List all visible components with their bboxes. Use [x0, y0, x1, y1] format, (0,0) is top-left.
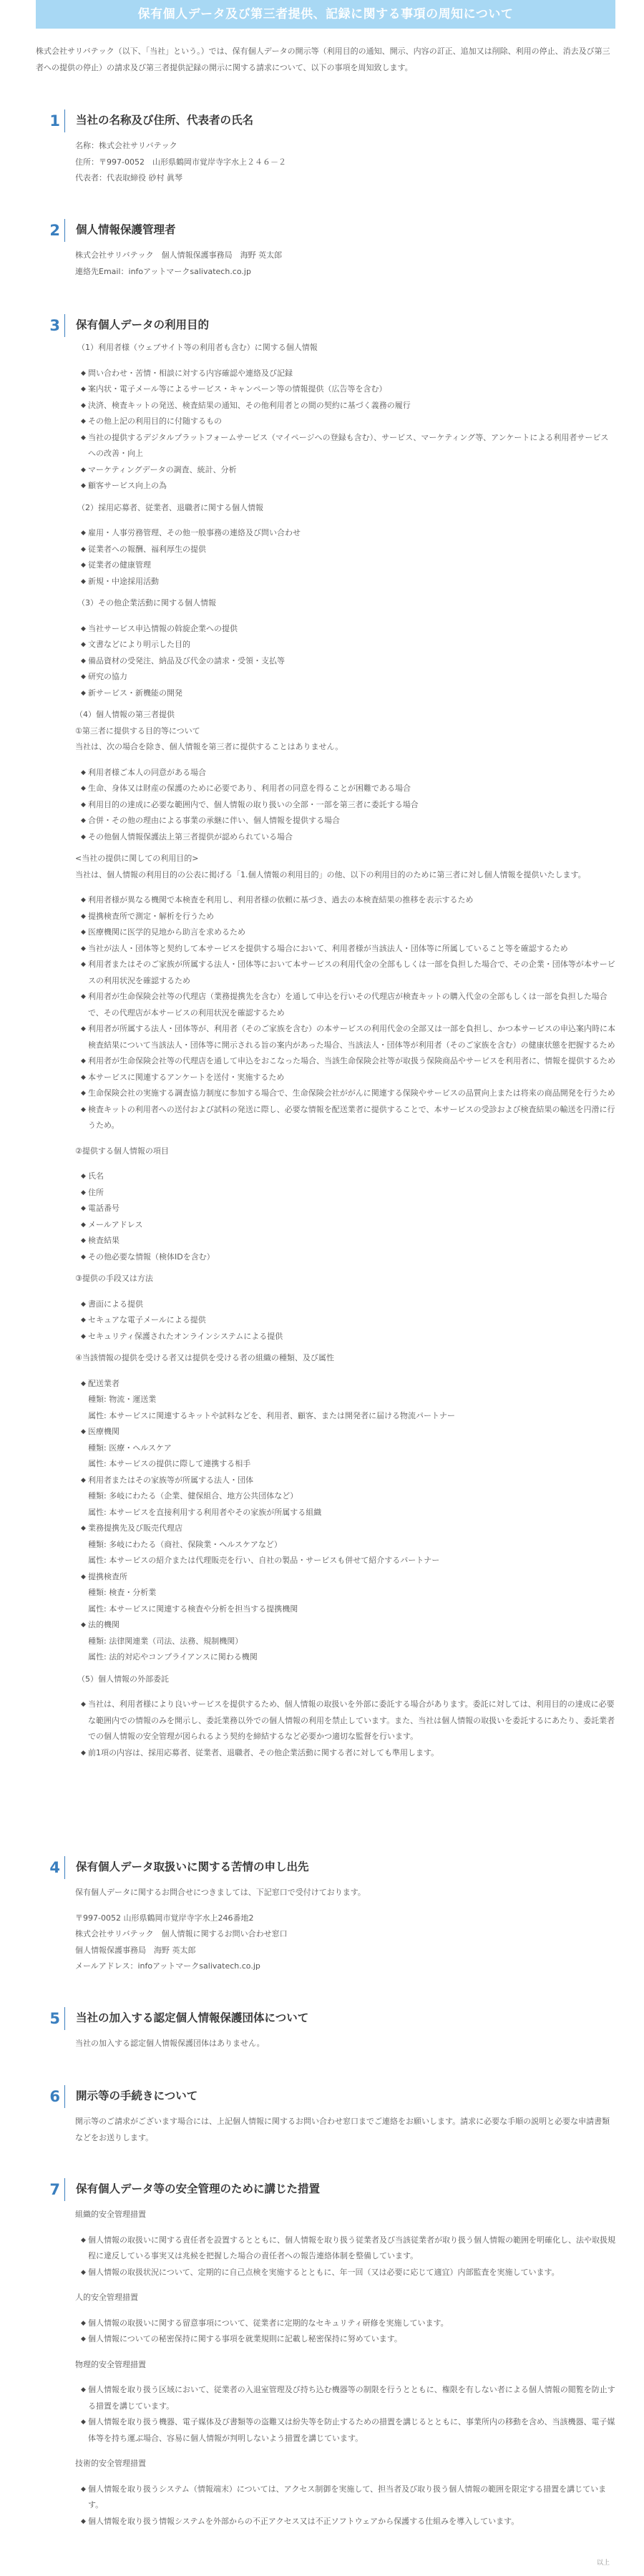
diamond-bullet-icon: ◆ — [81, 398, 86, 414]
section-divider — [64, 2007, 65, 2030]
diamond-bullet-icon: ◆ — [81, 829, 86, 846]
diamond-bullet-icon: ◆ — [81, 1297, 86, 1313]
diamond-bullet-icon: ◆ — [81, 574, 86, 590]
subsection-heading: （5）個人情報の外部委託 — [75, 1672, 615, 1688]
list-item: ◆電話番号 — [81, 1201, 615, 1217]
recipient-list: ◆配送業者 種類: 物流・運送業 属性: 本サービスに関連するキットや試料などを… — [75, 1376, 615, 1666]
company-address: 住所：〒997-0052 山形県鶴岡市覚岸寺字水上２４６－２ — [75, 155, 615, 171]
diamond-bullet-icon: ◆ — [81, 1217, 86, 1234]
diamond-bullet-icon: ◆ — [81, 366, 86, 382]
list-item: ◆雇用・人事労務管理、その他一般事務の連絡及び問い合わせ — [81, 525, 615, 542]
list-item: ◆研究の協力 — [81, 669, 615, 686]
diamond-bullet-icon: ◆ — [81, 414, 86, 430]
diamond-bullet-icon: ◆ — [81, 637, 86, 653]
section-title: 保有個人データの利用目的 — [76, 320, 209, 331]
list-item: ◆利用者またはそのご家族が所属する法人・団体等において本サービスの利用代金の全部… — [81, 957, 615, 989]
subsection-title: ②提供する個人情報の項目 — [75, 1143, 615, 1160]
diamond-bullet-icon: ◆ — [81, 1569, 86, 1586]
section-title: 保有個人データ取扱いに関する苦情の申し出先 — [76, 1862, 309, 1873]
diamond-bullet-icon: ◆ — [81, 1185, 86, 1201]
section-number: 5 — [39, 2011, 60, 2026]
recipient-name: ◆配送業者 — [81, 1376, 615, 1392]
diamond-bullet-icon: ◆ — [81, 765, 86, 781]
section-purpose-of-use: 3 保有個人データの利用目的 （1）利用者様（ウェブサイト等の利用者も含む）に関… — [36, 314, 615, 1761]
section-certified-org: 5 当社の加入する認定個人情報保護団体について 当社の加入する認定個人情報保護団… — [36, 2007, 615, 2052]
list-item: ◆セキュアな電子メールによる提供 — [81, 1312, 615, 1329]
contact-office: 個人情報保護事務局 海野 英太郎 — [75, 1943, 615, 1959]
measure-group-heading: 組織的安全管理措置 — [75, 2207, 615, 2223]
recipient-attribute: 属性: 本サービスに関連するキットや試料などを、利用者、顧客、または開発者に届け… — [81, 1408, 615, 1425]
section-title: 当社の名称及び住所、代表者の氏名 — [76, 115, 253, 127]
bullet-list: ◆利用者様ご本人の同意がある場合 ◆生命、身体又は財産の保護のために必要であり、… — [75, 765, 615, 846]
company-name: 名称：株式会社サリバテック — [75, 138, 615, 155]
subsection-title: <当社の提供に関しての利用目的> — [75, 851, 615, 867]
list-item: ◆新サービス・新機能の開発 — [81, 686, 615, 702]
bullet-list: ◆当社は、利用者様により良いサービスを提供するため、個人情報の取扱いを外部に委託… — [75, 1697, 615, 1761]
recipient-type: 種類: 検査・分析業 — [81, 1585, 615, 1601]
section-divider — [64, 2085, 65, 2108]
intro-paragraph: 株式会社サリバテック（以下、「当社」という。）では、保有個人データの開示等（利用… — [36, 43, 615, 76]
diamond-bullet-icon: ◆ — [81, 941, 86, 957]
section-divider — [64, 109, 65, 132]
section-title: 保有個人データ等の安全管理のために講じた措置 — [76, 2184, 320, 2195]
list-item: ◆個人情報についての秘密保持に関する事項を就業規則に記載し秘密保持に努めています… — [81, 2331, 615, 2348]
recipient-name: ◆利用者またはその家族等が所属する法人・団体 — [81, 1473, 615, 1489]
diamond-bullet-icon: ◆ — [81, 1102, 86, 1118]
section-title: 開示等の手続きについて — [76, 2091, 197, 2102]
diamond-bullet-icon: ◆ — [81, 1424, 86, 1440]
bullet-list: ◆当社サービス申込情報の斡旋企業への提供 ◆文書などにより明示した目的 ◆備品資… — [75, 621, 615, 702]
measure-group-heading: 技術的安全管理措置 — [75, 2456, 615, 2472]
diamond-bullet-icon: ◆ — [81, 797, 86, 814]
diamond-bullet-icon: ◆ — [81, 892, 86, 909]
list-item: ◆個人情報の取扱いに関する留意事項について、従業者に定期的なセキュリティ研修を実… — [81, 2316, 615, 2332]
section-heading: 3 保有個人データの利用目的 — [36, 314, 615, 337]
diamond-bullet-icon: ◆ — [81, 1021, 86, 1038]
recipient-attribute: 属性: 本サービスの提供に際して連携する相手 — [81, 1456, 615, 1473]
section-heading: 4 保有個人データ取扱いに関する苦情の申し出先 — [36, 1856, 615, 1879]
diamond-bullet-icon: ◆ — [81, 1053, 86, 1070]
contact-address: 〒997-0052 山形県鶴岡市覚岸寺字水上246番地2 — [75, 1911, 615, 1927]
section-number: 4 — [39, 1860, 60, 1875]
section-title: 個人情報保護管理者 — [76, 225, 176, 236]
list-item: ◆利用目的の達成に必要な範囲内で、個人情報の取り扱いの全部・一部を第三者に委託す… — [81, 797, 615, 814]
diamond-bullet-icon: ◆ — [81, 542, 86, 558]
recipient-name: ◆法的機関 — [81, 1617, 615, 1634]
list-item: ◆利用者様ご本人の同意がある場合 — [81, 765, 615, 781]
section-heading: 7 保有個人データ等の安全管理のために講じた措置 — [36, 2178, 615, 2201]
section-divider — [64, 2178, 65, 2201]
company-representative: 代表者：代表取締役 砂村 眞琴 — [75, 170, 615, 187]
list-item: ◆書面による提供 — [81, 1297, 615, 1313]
list-item: ◆当社サービス申込情報の斡旋企業への提供 — [81, 621, 615, 638]
list-item: ◆提携検査所で測定・解析を行うため — [81, 909, 615, 925]
bullet-list: ◆書面による提供 ◆セキュアな電子メールによる提供 ◆セキュリティ保護されたオン… — [75, 1297, 615, 1345]
diamond-bullet-icon: ◆ — [81, 2316, 86, 2332]
list-item: ◆個人情報の取扱状況について、定期的に自己点検を実施するとともに、年一回（又は必… — [81, 2265, 615, 2281]
list-item: ◆その他必要な情報（検体IDを含む） — [81, 1249, 615, 1266]
diamond-bullet-icon: ◆ — [81, 653, 86, 670]
section-complaints-contact: 4 保有個人データ取扱いに関する苦情の申し出先 保有個人データに関するお問合せに… — [36, 1856, 615, 1975]
bullet-list: ◆利用者様が異なる機関で本検査を利用し、利用者様の依頼に基づき、過去の本検査結果… — [75, 892, 615, 1134]
diamond-bullet-icon: ◆ — [81, 1169, 86, 1185]
list-item: ◆医療機関に医学的見地から助言を求めるため — [81, 924, 615, 941]
recipient-attribute: 属性: 本サービスに関連する検査や分析を担当する提携機関 — [81, 1601, 615, 1618]
contact-email: メールアドレス：infoアットマークsalivatech.co.jp — [75, 1958, 615, 1975]
list-item: ◆その他上記の利用目的に付随するもの — [81, 414, 615, 430]
diamond-bullet-icon: ◆ — [81, 1473, 86, 1489]
bullet-list: ◆個人情報を取り扱うシステム（情報端末）については、アクセス制御を実施して、担当… — [75, 2482, 615, 2530]
list-item: ◆合併・その他の理由による事業の承継に伴い、個人情報を提供する場合 — [81, 813, 615, 829]
bullet-list: ◆個人情報を取り扱う区域において、従業者の入退室管理及び持ち込む機器等の制限を行… — [75, 2382, 615, 2446]
section-privacy-manager: 2 個人情報保護管理者 株式会社サリバテック 個人情報保護事務局 海野 英太郎 … — [36, 219, 615, 280]
diamond-bullet-icon: ◆ — [81, 2414, 86, 2431]
list-item: ◆住所 — [81, 1185, 615, 1201]
diamond-bullet-icon: ◆ — [81, 1070, 86, 1086]
list-item: ◆利用者が生命保険会社等の代理店（業務提携先を含む）を通して申込を行いその代理店… — [81, 989, 615, 1021]
recipient-type: 種類: 医療・ヘルスケア — [81, 1440, 615, 1457]
diamond-bullet-icon: ◆ — [81, 2265, 86, 2281]
diamond-bullet-icon: ◆ — [81, 924, 86, 941]
list-item: ◆案内状・電子メール等によるサービス・キャンペーン等の情報提供（広告等を含む） — [81, 381, 615, 398]
list-item: ◆その他個人情報保護法上第三者提供が認められている場合 — [81, 829, 615, 846]
diamond-bullet-icon: ◆ — [81, 1233, 86, 1249]
bullet-list: ◆雇用・人事労務管理、その他一般事務の連絡及び問い合わせ ◆従業者への報酬、福利… — [75, 525, 615, 590]
bullet-list: ◆個人情報の取扱いに関する責任者を設置するとともに、個人情報を取り扱う従業者及び… — [75, 2233, 615, 2281]
bullet-list: ◆氏名 ◆住所 ◆電話番号 ◆メールアドレス ◆検査結果 ◆その他必要な情報（検… — [75, 1169, 615, 1265]
diamond-bullet-icon: ◆ — [81, 621, 86, 638]
list-item: ◆問い合わせ・苦情・相談に対する内容確認や連絡及び記録 — [81, 366, 615, 382]
measure-group-heading: 人的安全管理措置 — [75, 2290, 615, 2306]
list-item: ◆検査結果 — [81, 1233, 615, 1249]
diamond-bullet-icon: ◆ — [81, 2482, 86, 2498]
diamond-bullet-icon: ◆ — [81, 1376, 86, 1392]
diamond-bullet-icon: ◆ — [81, 1201, 86, 1217]
paragraph: 開示等のご請求がございます場合には、上記個人情報に関するお問い合わせ窓口までご連… — [75, 2114, 615, 2146]
section-divider — [64, 1856, 65, 1879]
recipient-attribute: 属性: 本サービスの紹介または代理販売を行い、自社の製品・サービスも併せて紹介す… — [81, 1553, 615, 1569]
page-header: 保有個人データ及び第三者提供、記録に関する事項の周知について — [36, 0, 615, 29]
diamond-bullet-icon: ◆ — [81, 813, 86, 829]
diamond-bullet-icon: ◆ — [81, 957, 86, 973]
diamond-bullet-icon: ◆ — [81, 478, 86, 494]
diamond-bullet-icon: ◆ — [81, 2514, 86, 2530]
bullet-list: ◆個人情報の取扱いに関する留意事項について、従業者に定期的なセキュリティ研修を実… — [75, 2316, 615, 2348]
recipient-type: 種類: 多岐にわたる（企業、健保組合、地方公共団体など） — [81, 1488, 615, 1505]
diamond-bullet-icon: ◆ — [81, 525, 86, 542]
bullet-list: ◆問い合わせ・苦情・相談に対する内容確認や連絡及び記録 ◆案内状・電子メール等に… — [75, 366, 615, 494]
manager-name: 株式会社サリバテック 個人情報保護事務局 海野 英太郎 — [75, 248, 615, 264]
list-item: ◆本サービスに関連するアンケートを送付・実施するため — [81, 1070, 615, 1086]
diamond-bullet-icon: ◆ — [81, 2233, 86, 2249]
recipient-name: ◆提携検査所 — [81, 1569, 615, 1586]
list-item: ◆備品資材の受発注、納品及び代金の請求・受領・支払等 — [81, 653, 615, 670]
paragraph: 当社の加入する認定個人情報保護団体はありません。 — [75, 2036, 615, 2052]
subsection-heading: （4）個人情報の第三者提供 — [75, 707, 615, 723]
list-item: ◆顧客サービス向上の為 — [81, 478, 615, 494]
list-item: ◆当社が法人・団体等と契約して本サービスを提供する場合において、利用者様が当該法… — [81, 941, 615, 957]
list-item: ◆前1項の内容は、採用応募者、従業者、退職者、その他企業活動に関する者に対しても… — [81, 1745, 615, 1762]
list-item: ◆メールアドレス — [81, 1217, 615, 1234]
section-heading: 6 開示等の手続きについて — [36, 2085, 615, 2108]
subsection-heading: （1）利用者様（ウェブサイト等の利用者も含む）に関する個人情報 — [75, 340, 615, 356]
diamond-bullet-icon: ◆ — [81, 1617, 86, 1634]
diamond-bullet-icon: ◆ — [81, 1697, 86, 1713]
list-item: ◆マーケティングデータの調査、統計、分析 — [81, 462, 615, 479]
section-divider — [64, 219, 65, 242]
diamond-bullet-icon: ◆ — [81, 1745, 86, 1762]
diamond-bullet-icon: ◆ — [81, 1249, 86, 1266]
section-title: 当社の加入する認定個人情報保護団体について — [76, 2013, 308, 2024]
diamond-bullet-icon: ◆ — [81, 909, 86, 925]
subsection-title: ①第三者に提供する目的等について — [75, 723, 615, 740]
recipient-attribute: 属性: 本サービスを直接利用する利用者やその家族が所属する組織 — [81, 1505, 615, 1521]
diamond-bullet-icon: ◆ — [81, 781, 86, 797]
contact-company: 株式会社サリバテック 個人情報に関するお問い合わせ窓口 — [75, 1926, 615, 1943]
list-item: ◆文書などにより明示した目的 — [81, 637, 615, 653]
section-heading: 1 当社の名称及び住所、代表者の氏名 — [36, 109, 615, 132]
list-item: ◆個人情報を取り扱う区域において、従業者の入退室管理及び持ち込む機器等の制限を行… — [81, 2382, 615, 2414]
diamond-bullet-icon: ◆ — [81, 1085, 86, 1102]
list-item: ◆当社の提供するデジタルプラットフォームサービス（マイページへの登録も含む）、サ… — [81, 430, 615, 462]
list-item: ◆生命、身体又は財産の保護のために必要であり、利用者の同意を得ることが困難である… — [81, 781, 615, 797]
diamond-bullet-icon: ◆ — [81, 1312, 86, 1329]
paragraph: 当社は、次の場合を除き、個人情報を第三者に提供することはありません。 — [75, 739, 615, 756]
recipient-name: ◆医療機関 — [81, 1424, 615, 1440]
diamond-bullet-icon: ◆ — [81, 1329, 86, 1345]
section-heading: 2 個人情報保護管理者 — [36, 219, 615, 242]
list-item: ◆利用者が生命保険会社等の代理店を通して申込をおこなった場合、当該生命保険会社等… — [81, 1053, 615, 1070]
paragraph: 当社は、個人情報の利用目的の公表に掲げる「1.個人情報の利用目的」の他、以下の利… — [75, 867, 615, 884]
section-number: 3 — [39, 318, 60, 333]
section-number: 1 — [39, 114, 60, 129]
recipient-type: 種類: 物流・運送業 — [81, 1392, 615, 1408]
section-company-info: 1 当社の名称及び住所、代表者の氏名 名称：株式会社サリバテック 住所：〒997… — [36, 109, 615, 187]
list-item: ◆個人情報を取り扱う機器、電子媒体及び書類等の盗難又は紛失等を防止するための措置… — [81, 2414, 615, 2446]
diamond-bullet-icon: ◆ — [81, 2382, 86, 2399]
section-disclosure-procedure: 6 開示等の手続きについて 開示等のご請求がございます場合には、上記個人情報に関… — [36, 2085, 615, 2146]
list-item: ◆利用者が所属する法人・団体等が、利用者（そのご家族を含む）の本サービスの利用代… — [81, 1021, 615, 1053]
diamond-bullet-icon: ◆ — [81, 1521, 86, 1537]
list-item: ◆個人情報を取り扱うシステム（情報端末）については、アクセス制御を実施して、担当… — [81, 2482, 615, 2514]
diamond-bullet-icon: ◆ — [81, 989, 86, 1005]
list-item: ◆従業者への報酬、福利厚生の提供 — [81, 542, 615, 558]
list-item: ◆個人情報を取り扱う情報システムを外部からの不正アクセス又は不正ソフトウェアから… — [81, 2514, 615, 2530]
section-heading: 5 当社の加入する認定個人情報保護団体について — [36, 2007, 615, 2030]
list-item: ◆検査キットの利用者への送付および試料の発送に際し、必要な情報を配送業者に提供す… — [81, 1102, 615, 1134]
diamond-bullet-icon: ◆ — [81, 669, 86, 686]
section-divider — [64, 314, 65, 337]
list-item: ◆利用者様が異なる機関で本検査を利用し、利用者様の依頼に基づき、過去の本検査結果… — [81, 892, 615, 909]
diamond-bullet-icon: ◆ — [81, 381, 86, 398]
section-number: 6 — [39, 2089, 60, 2104]
list-item: ◆個人情報の取扱いに関する責任者を設置するとともに、個人情報を取り扱う従業者及び… — [81, 2233, 615, 2265]
diamond-bullet-icon: ◆ — [81, 430, 86, 447]
subsection-heading: （3）その他企業活動に関する個人情報 — [75, 595, 615, 612]
section-security-measures: 7 保有個人データ等の安全管理のために講じた措置 組織的安全管理措置 ◆個人情報… — [36, 2178, 615, 2529]
list-item: ◆決済、検査キットの発送、検査結果の通知、その他利用者との間の契約に基づく義務の… — [81, 398, 615, 414]
subsection-heading: （2）採用応募者、従業者、退職者に関する個人情報 — [75, 500, 615, 517]
recipient-type: 種類: 多岐にわたる（商社、保険業・ヘルスケアなど） — [81, 1537, 615, 1553]
section-number: 2 — [39, 223, 60, 238]
recipient-type: 種類: 法律関連業（司法、法務、規制機関） — [81, 1634, 615, 1650]
recipient-attribute: 属性: 法的対応やコンプライアンスに関わる機関 — [81, 1649, 615, 1666]
diamond-bullet-icon: ◆ — [81, 686, 86, 702]
page-title: 保有個人データ及び第三者提供、記録に関する事項の周知について — [138, 9, 514, 21]
section-number: 7 — [39, 2182, 60, 2197]
diamond-bullet-icon: ◆ — [81, 557, 86, 574]
measure-group-heading: 物理的安全管理措置 — [75, 2357, 615, 2373]
paragraph: 保有個人データに関するお問合せにつきましては、下記窓口で受付けております。 — [75, 1885, 615, 1901]
list-item: ◆氏名 — [81, 1169, 615, 1185]
list-item: ◆新規・中途採用活動 — [81, 574, 615, 590]
closing-mark: 以上 — [597, 2560, 610, 2567]
diamond-bullet-icon: ◆ — [81, 462, 86, 479]
list-item: ◆従業者の健康管理 — [81, 557, 615, 574]
manager-email: 連絡先Email：infoアットマークsalivatech.co.jp — [75, 264, 615, 280]
list-item: ◆生命保険会社の実施する調査協力制度に参加する場合で、生命保険会社ががんに関連す… — [81, 1085, 615, 1102]
list-item: ◆セキュリティ保護されたオンラインシステムによる提供 — [81, 1329, 615, 1345]
diamond-bullet-icon: ◆ — [81, 2331, 86, 2348]
subsection-title: ④当該情報の提供を受ける者又は提供を受ける者の組織の種類、及び属性 — [75, 1350, 615, 1367]
recipient-name: ◆業務提携先及び販売代理店 — [81, 1521, 615, 1537]
list-item: ◆当社は、利用者様により良いサービスを提供するため、個人情報の取扱いを外部に委託… — [81, 1697, 615, 1745]
subsection-title: ③提供の手段又は方法 — [75, 1271, 615, 1287]
